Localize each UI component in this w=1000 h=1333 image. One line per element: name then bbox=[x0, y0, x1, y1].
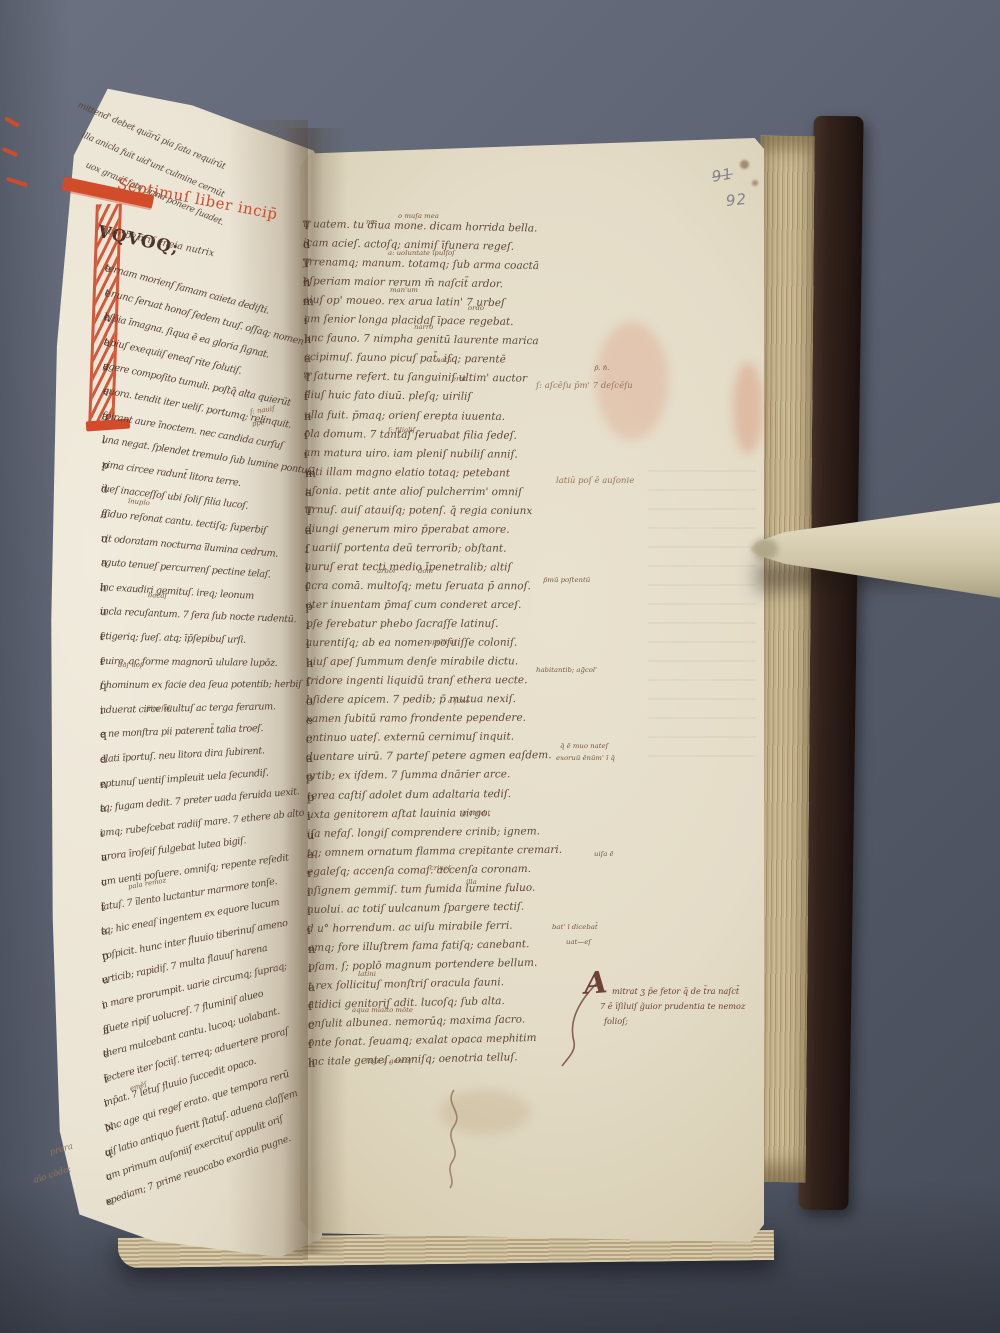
line-text: nduerat circe īuultuſ ac terga ferarum. bbox=[100, 701, 276, 716]
line-text: urora īroſeiſ fulgebat lutea bigiſ. bbox=[100, 836, 246, 864]
versal-letter: p bbox=[307, 789, 332, 803]
versal-letter: e bbox=[306, 713, 331, 727]
versal-letter: i bbox=[308, 960, 333, 974]
manuscript-line: examen ſubitū ramo frondente pependere. bbox=[306, 712, 526, 725]
left-page-text-region: mittend' debet qua̅rū pia ſata requirūti… bbox=[60, 86, 322, 1266]
line-text: bſidere apicem. 7 pedib; p̄ mutua nexiſ. bbox=[306, 693, 516, 706]
versal-letter: i bbox=[306, 618, 331, 632]
line-text: inc exaudiri gemituſ. ireq; leonum bbox=[100, 582, 254, 602]
versal-letter: a bbox=[306, 751, 331, 765]
versal-letter: T bbox=[304, 370, 329, 384]
manuscript-line: fonte ſonat. ſeuamq; exalat opaca mephit… bbox=[308, 1032, 537, 1049]
versal-letter: i bbox=[307, 903, 332, 917]
manuscript-line: ſacra comā. multoſq; metu ſeruata p̄ ann… bbox=[305, 580, 531, 592]
line-text: elati īportuſ. neu litora dira ſubirent. bbox=[100, 745, 265, 765]
line-text: aiuſ op' moueo. rex arua latin' 7 urbeſ bbox=[303, 294, 505, 309]
versal-letter: a bbox=[100, 924, 115, 938]
versal-letter: i bbox=[101, 997, 116, 1011]
manuscript-line: ſeuire. ac forme magnorū ululare lupōz. bbox=[100, 656, 277, 669]
versal-letter: T bbox=[305, 504, 330, 518]
versal-letter: f bbox=[308, 1037, 333, 1052]
line-text: uſonia. petit ante alioſ pulcherrim' omn… bbox=[305, 485, 522, 498]
manuscript-line: heſperiam maior rerum m̄ naſcit̄ ardor. bbox=[303, 275, 503, 290]
line-text: iliuſ huic fato diuū. pleſq; uiriliſ bbox=[304, 389, 471, 403]
manuscript-line: iam matura uiro. iam pleniſ nubiliſ anni… bbox=[304, 447, 518, 461]
line-text: yrrenamq; manum. totamq; ſub arma coactā bbox=[303, 256, 539, 272]
manuscript-line: lauruſ erat tecti medio īpenetralib; alt… bbox=[305, 561, 511, 573]
versal-letter: h bbox=[100, 582, 114, 595]
line-text: urnuſ. auiſ atauiſq; potenſ. q̄ regia co… bbox=[305, 504, 532, 517]
line-text: uiuſ apeſ ſummum denſe mirabile dictu. bbox=[306, 656, 518, 669]
red-mark-3 bbox=[6, 177, 28, 188]
line-text: ccipimuſ. fauno picuſ pat̄. iſq; parentē bbox=[304, 351, 506, 366]
versal-letter: e bbox=[102, 385, 117, 399]
manuscript-line: urit odoratam nocturna īlumina cedrum. bbox=[100, 533, 278, 560]
manuscript-line: qſ hominum ex facie dea ſeua potentib; h… bbox=[100, 679, 301, 691]
versal-letter: u bbox=[100, 606, 113, 619]
line-text: ſ hominum ex facie dea ſeua potentib; he… bbox=[100, 679, 301, 691]
line-text: nſignem gemmiſ. tum fumida lumine fuluo. bbox=[307, 881, 535, 896]
manuscript-line: fatidici genitoriſ adit. lucoſq; ſub alt… bbox=[308, 995, 505, 1011]
manuscript-line: huiuſ apeſ ſummum denſe mirabile dictu. bbox=[306, 656, 518, 669]
line-text: eſperiam maior rerum m̄ naſcit̄ ardor. bbox=[303, 275, 503, 290]
line-text: ontinuo uateſ. externū cernimuſ inquit. bbox=[306, 731, 514, 744]
versal-letter: l bbox=[101, 434, 116, 448]
line-text: iueſ inacceſſoſ ubi ſoliſ filia lucoſ. bbox=[101, 483, 249, 512]
line-text: t rex ſollicituſ monſtriſ oracula fauni. bbox=[308, 976, 504, 992]
versal-letter: u bbox=[307, 827, 332, 841]
versal-letter: r bbox=[307, 865, 332, 879]
versal-letter: a bbox=[101, 410, 116, 424]
versal-letter: f bbox=[304, 389, 329, 403]
manuscript-line: adiungi generum miro p̄perabat amore. bbox=[305, 523, 510, 536]
line-text: ola domum. 7 tantaſ ſeruabat filia ſedeſ… bbox=[304, 428, 517, 442]
line-text: amq; rubeſcebat radiiſ mare. 7 ethere ab… bbox=[100, 807, 305, 838]
versal-letter: h bbox=[304, 332, 329, 346]
versal-letter: i bbox=[307, 922, 332, 936]
versal-letter: i bbox=[103, 1095, 119, 1110]
manuscript-line: partib; ex iſdem. 7 ſumma dnārier arce. bbox=[306, 769, 510, 783]
manuscript-line: arguto tenueſ percurrenſ pectine telaſ. bbox=[100, 557, 270, 580]
versal-letter: d bbox=[303, 237, 328, 251]
manuscript-line: Turnuſ. auiſ atauiſq; potenſ. q̄ regia c… bbox=[305, 504, 532, 517]
line-text: e ne monſtra pii paterent̄ talia troeſ. bbox=[100, 723, 263, 740]
line-text: ulti illam magno elatio totaq; petebant bbox=[305, 466, 510, 479]
manuscript-line: ipſe ferebatur phebo ſacraſſe latinuſ. bbox=[306, 618, 498, 630]
versal-letter: n bbox=[304, 409, 329, 423]
versal-letter: h bbox=[303, 275, 328, 289]
versal-letter: a bbox=[102, 336, 117, 350]
versal-letter: e bbox=[103, 287, 119, 302]
manuscript-line: Te ſaturne refert. tu ſanguiniſ ultim' a… bbox=[304, 370, 527, 385]
line-text: onte ſonat. ſeuamq; exalat opaca mephiti… bbox=[308, 1032, 537, 1049]
versal-letter: i bbox=[307, 884, 332, 898]
versal-letter: i bbox=[304, 447, 329, 461]
versal-letter: f bbox=[102, 1071, 118, 1086]
manuscript-line: accipimuſ. fauno picuſ pat̄. iſq; parent… bbox=[304, 351, 506, 366]
versal-letter: a bbox=[304, 351, 329, 365]
manuscript-line: inſignem gemmiſ. tum fumida lumine fuluo… bbox=[307, 881, 535, 896]
line-text: etigeriq; ſueſ. atq; īp̄ſepibuſ urſi. bbox=[100, 631, 246, 646]
line-text: tridore ingenti liquidū tranſ ethera uec… bbox=[306, 674, 528, 687]
manuscript-line: hinc itale genteſ. omniſq; oenotria tell… bbox=[308, 1051, 518, 1068]
line-text: amq; fore illuſtrem fama fatiſq; caneban… bbox=[307, 938, 529, 954]
manuscript-line: pater inuentam p̄maſ cum conderet arceſ. bbox=[305, 599, 521, 611]
line-text: ulla fuit. p̄maq; orienſ erepta iuuenta. bbox=[304, 409, 505, 423]
versal-letter: a bbox=[100, 802, 114, 815]
manuscript-line: neptunuſ uentiſ impleuit uela ſecundiſ. bbox=[100, 767, 269, 789]
line-text: euire. ac forme magnorū ululare lupōz. bbox=[100, 656, 277, 669]
text-tail-flourish bbox=[430, 1090, 480, 1190]
versal-letter: p bbox=[306, 770, 331, 784]
versal-letter: a bbox=[100, 557, 114, 570]
manuscript-line: aduentare uirū. 7 parteſ petere agmen ea… bbox=[306, 750, 552, 764]
manuscript-line: Tu uatem. tu diua mone. dicam horrida be… bbox=[303, 218, 538, 234]
line-text: rguto tenueſ percurrenſ pectine telaſ. bbox=[100, 557, 270, 580]
versal-letter: n bbox=[100, 778, 114, 791]
versal-letter: ſ bbox=[100, 656, 113, 668]
line-text: auruſ erat tecti medio īpenetralib; alti… bbox=[305, 561, 511, 573]
manuscript-line: dicam acieſ. actoſq; animiſ īfunera rege… bbox=[303, 237, 514, 253]
versal-letter: p bbox=[305, 599, 330, 613]
manuscript-line: namq; fore illuſtrem fama fatiſq; caneba… bbox=[307, 938, 529, 954]
line-text: u uatem. tu diua mone. dicam horrida bel… bbox=[303, 218, 538, 234]
manuscript-line: filiuſ huic fato diuū. pleſq; uiriliſ bbox=[304, 389, 471, 403]
versal-letter: a bbox=[100, 508, 114, 521]
manuscript-line: id u° horrendum. ac uiſu mirabile ferri. bbox=[307, 919, 513, 934]
versal-letter: e bbox=[102, 1046, 117, 1061]
versal-letter: d bbox=[100, 753, 114, 766]
versal-letter: f bbox=[308, 999, 333, 1014]
line-text: pſam. ſ; poplō magnum portendere bellum. bbox=[308, 957, 537, 973]
versal-letter: l bbox=[305, 561, 330, 575]
line-text: inc itale genteſ. omniſq; oenotria tellu… bbox=[308, 1051, 518, 1068]
line-text: artib; ex iſdem. 7 ſumma dnārier arce. bbox=[306, 769, 510, 783]
manuscript-line: iam ſenior longa placidaſ īpace regebat. bbox=[304, 313, 514, 328]
versal-letter: p bbox=[101, 949, 116, 963]
manuscript-line: hunc fauno. 7 nimpha genitū laurente mar… bbox=[304, 332, 539, 347]
versal-letter: a bbox=[307, 846, 332, 860]
versal-letter: q bbox=[100, 729, 113, 741]
versal-letter: a bbox=[100, 851, 114, 864]
versal-letter: u bbox=[100, 533, 114, 546]
line-text: aurentiſq; ab ea nomen poſuiſſe coloniſ. bbox=[306, 637, 517, 649]
line-text: xamen ſubitū ramo frondente pependere. bbox=[306, 712, 526, 725]
versal-letter: ſ bbox=[306, 675, 331, 689]
versal-letter: ſ bbox=[305, 580, 330, 594]
versal-letter: a bbox=[308, 980, 333, 994]
line-text: acra comā. multoſq; metu ſeruata p̄ anno… bbox=[305, 580, 531, 592]
manuscript-line: pterea caſtiſ adolet dum adaltaria tediſ… bbox=[307, 788, 511, 802]
line-text: uxta genitorem aſtat lauinia uirgo. bbox=[307, 807, 491, 821]
versal-letter: p bbox=[101, 459, 116, 473]
versal-letter: n bbox=[307, 941, 332, 955]
manuscript-line: ſetigeriq; ſueſ. atq; īp̄ſepibuſ urſi. bbox=[100, 631, 246, 646]
versal-letter: h bbox=[306, 656, 331, 670]
line-text: eptunuſ uentiſ impleuit uela ſecundiſ. bbox=[100, 767, 269, 789]
line-text: nuolui. ac totiſ uulcanum ſpargere tecti… bbox=[307, 900, 524, 915]
versal-letter: a bbox=[305, 485, 330, 499]
versal-letter: i bbox=[307, 808, 332, 822]
line-text: iſa nefaſ. longiſ comprendere crinib; ig… bbox=[307, 825, 540, 840]
manuscript-line: continuo uateſ. externū cernimuſ inquit. bbox=[306, 731, 514, 744]
manuscript-line: aurora īroſeiſ fulgebat lutea bigiſ. bbox=[100, 836, 246, 864]
manuscript-line: hinc exaudiri gemituſ. ireq; leonum bbox=[100, 582, 254, 602]
line-text: egaleſq; accenſa comaſ. accenſa coronam. bbox=[307, 863, 531, 878]
versal-letter: c bbox=[306, 732, 331, 746]
manuscript-line: uiſa nefaſ. longiſ comprendere crinib; i… bbox=[307, 825, 540, 840]
line-text: ; uariiſ portenta deū terrorib; obſtant. bbox=[305, 542, 507, 555]
manuscript-photo: mittend' debet qua̅rū pia ſata requirūti… bbox=[0, 0, 1000, 1333]
manuscript-line: maiuſ op' moueo. rex arua latin' 7 urbeſ bbox=[303, 294, 505, 309]
manuscript-line: uincla recuſantum. 7 ſera ſub nocte rude… bbox=[100, 606, 297, 625]
left-page-lines: eternam morienſ famam caieta dediſti.et … bbox=[96, 262, 322, 1262]
note-flourish bbox=[560, 980, 620, 1070]
manuscript-line: ſ; uariiſ portenta deū terrorib; obſtant… bbox=[305, 542, 507, 555]
red-mark-2 bbox=[2, 147, 18, 157]
versal-letter: i bbox=[303, 313, 328, 327]
line-text: diungi generum miro p̄perabat amore. bbox=[305, 523, 510, 536]
versal-letter: T bbox=[303, 218, 328, 232]
line-text: duentare uirū. 7 parteſ petere agmen eaſ… bbox=[306, 750, 552, 764]
manuscript-line: conſulit albunea. nemorūq; maxima ſacro. bbox=[308, 1014, 525, 1031]
manuscript-line: obſidere apicem. 7 pedib; p̄ mutua nexiſ… bbox=[306, 693, 516, 706]
folio-number-current: 92 bbox=[725, 190, 748, 210]
manuscript-line: multi illam magno elatio totaq; petebant bbox=[305, 466, 510, 479]
versal-letter: h bbox=[308, 1056, 333, 1071]
manuscript-line: qe ne monſtra pii paterent̄ talia troeſ. bbox=[100, 723, 263, 740]
versal-letter: N bbox=[103, 1120, 119, 1135]
versal-letter: c bbox=[104, 1168, 120, 1183]
line-text: am matura uiro. iam pleniſ nubiliſ anniſ… bbox=[304, 447, 518, 461]
line-text: d u° horrendum. ac uiſu mirabile ferri. bbox=[307, 919, 513, 934]
versal-letter: T bbox=[303, 256, 328, 270]
manuscript-line: inuolui. ac totiſ uulcanum ſpargere tect… bbox=[307, 900, 524, 915]
versal-letter: a bbox=[101, 1022, 116, 1037]
bone-folder-tip-shade bbox=[752, 538, 778, 560]
manuscript-line: ſtridore ingenti liquidū tranſ ethera ue… bbox=[306, 674, 528, 687]
versal-letter: m bbox=[303, 294, 328, 308]
red-mark-1 bbox=[4, 116, 20, 127]
line-text: tq; omnem ornatum flamma crepitante crem… bbox=[307, 843, 562, 858]
versal-letter: i bbox=[100, 705, 113, 717]
versal-letter: ſ bbox=[304, 428, 329, 442]
manuscript-line: induerat circe īuultuſ ac terga ferarum. bbox=[100, 701, 276, 716]
versal-letter: u bbox=[101, 973, 116, 987]
manuscript-line: regaleſq; accenſa comaſ. accenſa coronam… bbox=[307, 863, 531, 878]
manuscript-line: aſſiduo reſonat cantu. tectiſq; ſuperbiſ bbox=[100, 508, 266, 536]
versal-letter: m bbox=[304, 466, 329, 480]
line-text: icam acieſ. actoſq; animiſ īfunera regeſ… bbox=[303, 237, 514, 253]
versal-letter: c bbox=[308, 1018, 333, 1033]
manuscript-line: delati īportuſ. neu litora dira ſubirent… bbox=[100, 745, 265, 765]
manuscript-line: Tyrrenamq; manum. totamq; ſub arma coact… bbox=[303, 256, 539, 272]
manuscript-line: auſonia. petit ante alioſ pulcherrim' om… bbox=[305, 485, 522, 498]
left-page-top-lines: mittend' debet qua̅rū pia ſata requirūti… bbox=[60, 86, 322, 286]
manuscript-line: at rex ſollicituſ monſtriſ oracula fauni… bbox=[308, 976, 504, 992]
manuscript-line: nulla fuit. p̄maq; orienſ erepta iuuenta… bbox=[304, 409, 505, 423]
line-text: ſſiduo reſonat cantu. tectiſq; ſuperbiſ bbox=[100, 508, 266, 536]
line-text: am ſenior longa placidaſ īpace regebat. bbox=[304, 313, 514, 328]
folio-number-struck: 91 bbox=[710, 164, 734, 185]
manuscript-line: laurentiſq; ab ea nomen poſuiſſe coloniſ… bbox=[306, 637, 517, 649]
line-text: pſe ferebatur phebo ſacraſſe latinuſ. bbox=[306, 618, 498, 630]
manuscript-line: pxima circee radunt̄ litora terre. bbox=[101, 459, 241, 489]
versal-letter: i bbox=[100, 827, 114, 840]
versal-letter: a bbox=[102, 360, 117, 374]
versal-letter: ſ bbox=[100, 631, 113, 643]
manuscript-line: iuxta genitorem aſtat lauinia uirgo. bbox=[307, 807, 491, 821]
versal-letter: l bbox=[306, 637, 331, 651]
manuscript-line: atq; omnem ornatum flamma crepitante cre… bbox=[307, 843, 562, 858]
line-text: atidici genitoriſ adit. lucoſq; ſub alta… bbox=[308, 995, 505, 1011]
line-text: onſulit albunea. nemorūq; maxima ſacro. bbox=[308, 1014, 525, 1031]
versal-letter: d bbox=[101, 483, 115, 496]
manuscript-line: ipſam. ſ; poplō magnum portendere bellum… bbox=[308, 957, 537, 973]
versal-letter: f bbox=[100, 900, 115, 914]
line-text: rit odoratam nocturna īlumina cedrum. bbox=[100, 533, 278, 560]
line-text: terea caſtiſ adolet dum adaltaria tediſ. bbox=[307, 788, 511, 802]
line-text: ater inuentam p̄maſ cum conderet arceſ. bbox=[305, 599, 521, 611]
line-text: e ſaturne refert. tu ſanguiniſ ultim' au… bbox=[304, 370, 527, 385]
line-text: xima circee radunt̄ litora terre. bbox=[101, 459, 241, 489]
manuscript-line: iamq; rubeſcebat radiiſ mare. 7 ethere a… bbox=[100, 807, 305, 838]
versal-letter: c bbox=[100, 875, 114, 889]
versal-letter: q bbox=[100, 680, 113, 692]
line-text: unc fauno. 7 nimpha genitū laurente mari… bbox=[304, 332, 539, 347]
right-page-lines: Tu uatem. tu diua mone. dicam horrida be… bbox=[303, 218, 763, 1098]
versal-letter: ſ bbox=[305, 542, 330, 556]
versal-letter: a bbox=[305, 523, 330, 537]
manuscript-line: ſola domum. 7 tantaſ ſeruabat filia ſede… bbox=[304, 428, 517, 442]
line-text: incla recuſantum. 7 ſera ſub nocte ruden… bbox=[100, 606, 297, 625]
versal-letter: o bbox=[306, 694, 331, 708]
manuscript-line: diueſ inacceſſoſ ubi ſoliſ filia lucoſ. bbox=[101, 483, 249, 512]
